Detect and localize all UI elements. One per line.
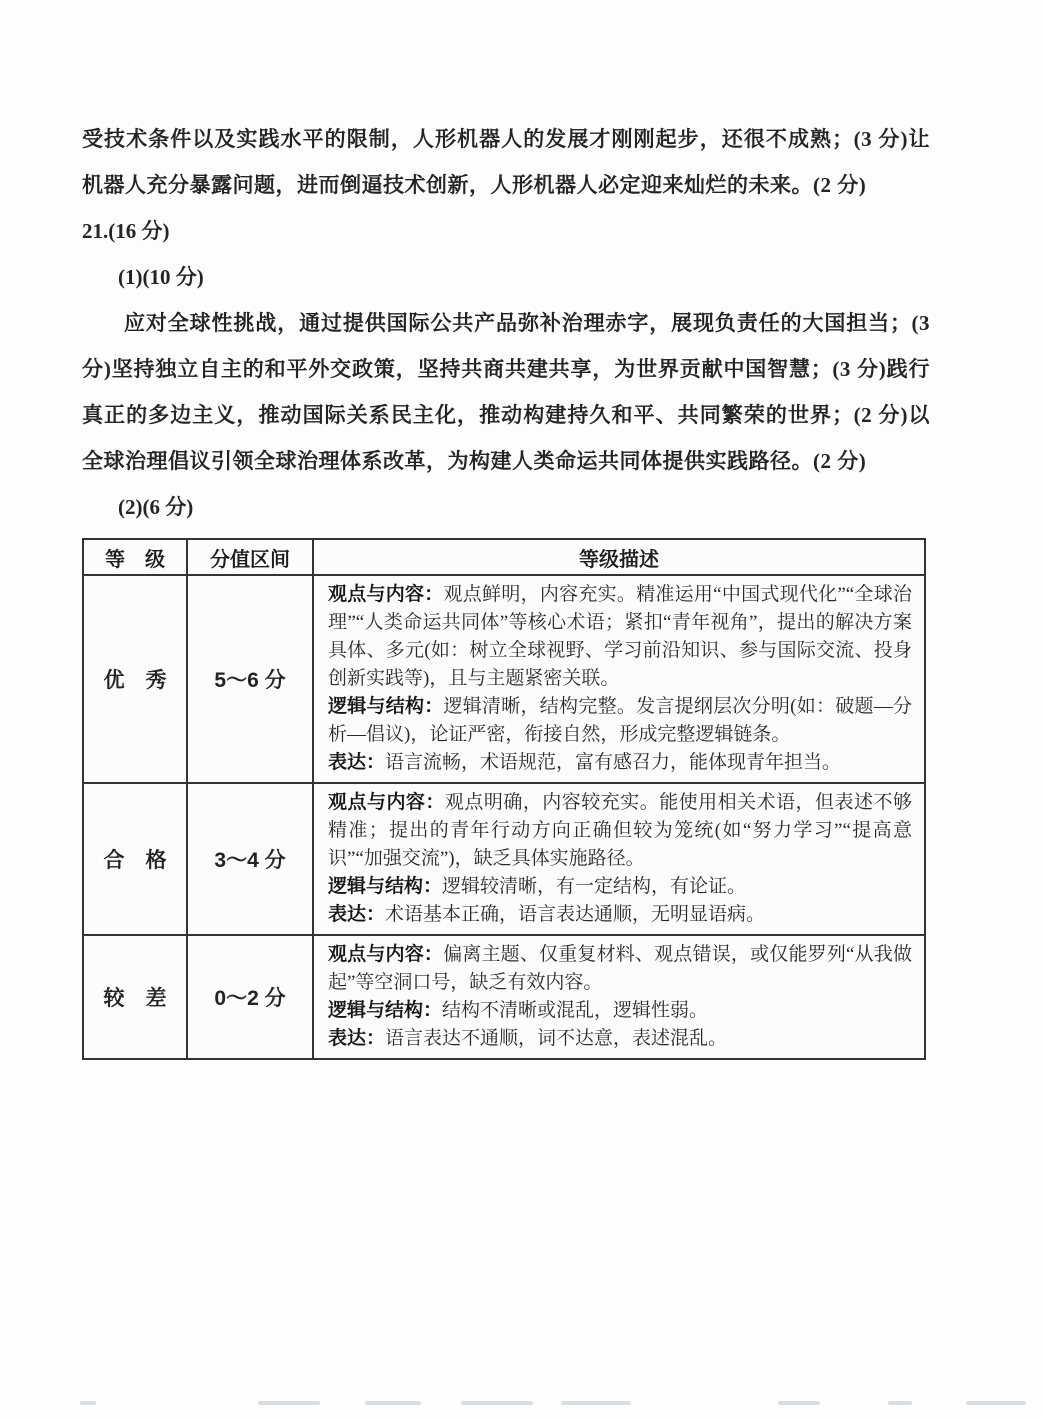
rubric-header-grade: 等 级 xyxy=(83,539,187,575)
criterion-text: 语言流畅，术语规范，富有感召力，能体现青年担当。 xyxy=(385,752,841,773)
intro-answer-paragraph: 受技术条件以及实践水平的限制，人形机器人的发展才刚刚起步，还很不成熟；(3 分)… xyxy=(82,116,930,208)
criterion-label: 逻辑与结构： xyxy=(328,1000,442,1021)
criterion-expression: 表达：语言表达不通顺，词不达意，表述混乱。 xyxy=(328,1025,912,1053)
question-21-part1-answer: 应对全球性挑战，通过提供国际公共产品弥补治理赤字，展现负责任的大国担当；(3 分… xyxy=(82,300,930,484)
grade-label: 合 格 xyxy=(83,783,187,935)
criterion-label: 表达： xyxy=(328,904,385,925)
rubric-header-row: 等 级 分值区间 等级描述 xyxy=(83,539,925,575)
criterion-text: 术语基本正确，语言表达通顺，无明显语病。 xyxy=(385,904,765,925)
grading-rubric-table: 等 级 分值区间 等级描述 优 秀 5～6 分 观点与内容：观点鲜明，内容充实。… xyxy=(82,538,926,1060)
criterion-text: 逻辑较清晰，有一定结构，有论证。 xyxy=(442,876,746,897)
rubric-header-description: 等级描述 xyxy=(313,539,925,575)
criterion-text: 语言表达不通顺，词不达意，表述混乱。 xyxy=(385,1028,727,1049)
score-range: 3～4 分 xyxy=(187,783,313,935)
criterion-label: 表达： xyxy=(328,752,385,773)
grade-label: 优 秀 xyxy=(83,575,187,783)
criterion-label: 表达： xyxy=(328,1028,385,1049)
criterion-logic-structure: 逻辑与结构：逻辑较清晰，有一定结构，有论证。 xyxy=(328,873,912,901)
scanned-answer-page: { "document": { "intro": { "text": "受技术条… xyxy=(0,0,1044,1420)
criterion-text: 结构不清晰或混乱，逻辑性弱。 xyxy=(442,1000,708,1021)
score-range: 5～6 分 xyxy=(187,575,313,783)
criterion-viewpoint-content: 观点与内容：偏离主题、仅重复材料、观点错误，或仅能罗列“从我做起”等空洞口号，缺… xyxy=(328,941,912,997)
score-range: 0～2 分 xyxy=(187,935,313,1059)
answer-key-content: 受技术条件以及实践水平的限制，人形机器人的发展才刚刚起步，还很不成熟；(3 分)… xyxy=(82,116,930,1060)
criterion-logic-structure: 逻辑与结构：逻辑清晰，结构完整。发言提纲层次分明(如：破题—分析—倡议)，论证严… xyxy=(328,693,912,749)
criterion-label: 观点与内容： xyxy=(328,792,445,813)
criterion-label: 观点与内容： xyxy=(328,584,444,605)
criterion-label: 逻辑与结构： xyxy=(328,876,442,897)
criterion-label: 观点与内容： xyxy=(328,944,443,965)
criterion-label: 逻辑与结构： xyxy=(328,696,444,717)
rubric-header-score-range: 分值区间 xyxy=(187,539,313,575)
grade-description: 观点与内容：观点明确，内容较充实。能使用相关术语，但表述不够精准；提出的青年行动… xyxy=(313,783,925,935)
criterion-viewpoint-content: 观点与内容：观点鲜明，内容充实。精准运用“中国式现代化”“全球治理”“人类命运共… xyxy=(328,581,912,693)
rubric-row-poor: 较 差 0～2 分 观点与内容：偏离主题、仅重复材料、观点错误，或仅能罗列“从我… xyxy=(83,935,925,1059)
grade-label: 较 差 xyxy=(83,935,187,1059)
grade-description: 观点与内容：偏离主题、仅重复材料、观点错误，或仅能罗列“从我做起”等空洞口号，缺… xyxy=(313,935,925,1059)
page-bottom-scan-artifact xyxy=(0,1399,1044,1407)
question-21-number: 21.(16 分) xyxy=(82,208,930,254)
criterion-expression: 表达：术语基本正确，语言表达通顺，无明显语病。 xyxy=(328,901,912,929)
question-21-part1-label: (1)(10 分) xyxy=(82,254,930,300)
rubric-row-pass: 合 格 3～4 分 观点与内容：观点明确，内容较充实。能使用相关术语，但表述不够… xyxy=(83,783,925,935)
criterion-logic-structure: 逻辑与结构：结构不清晰或混乱，逻辑性弱。 xyxy=(328,997,912,1025)
grade-description: 观点与内容：观点鲜明，内容充实。精准运用“中国式现代化”“全球治理”“人类命运共… xyxy=(313,575,925,783)
criterion-expression: 表达：语言流畅，术语规范，富有感召力，能体现青年担当。 xyxy=(328,749,912,777)
rubric-row-excellent: 优 秀 5～6 分 观点与内容：观点鲜明，内容充实。精准运用“中国式现代化”“全… xyxy=(83,575,925,783)
question-21-part2-label: (2)(6 分) xyxy=(82,484,930,530)
criterion-viewpoint-content: 观点与内容：观点明确，内容较充实。能使用相关术语，但表述不够精准；提出的青年行动… xyxy=(328,789,912,873)
